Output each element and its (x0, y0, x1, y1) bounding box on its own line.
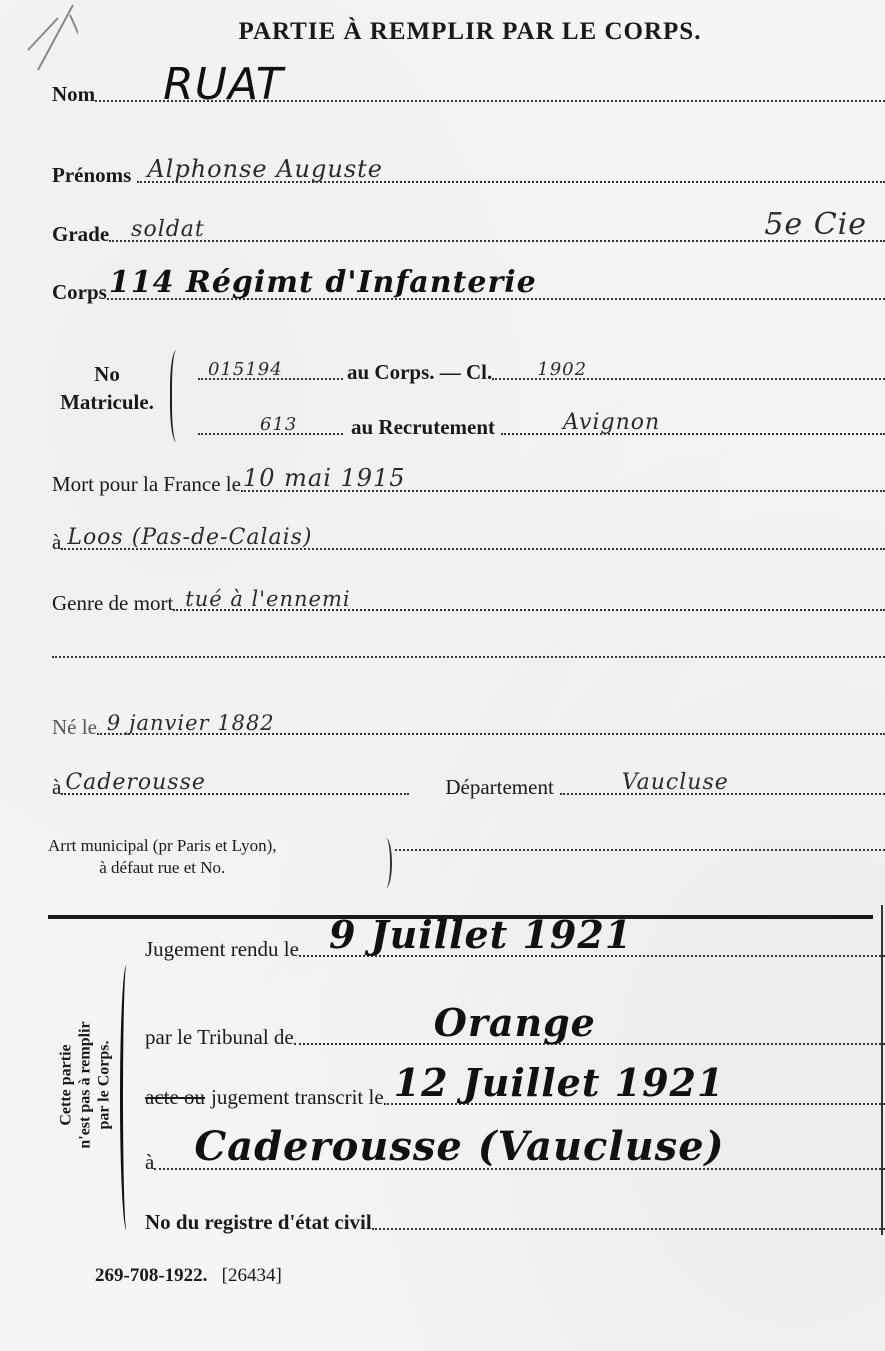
recrutement-place: Avignon (563, 410, 660, 435)
transcrit-value: 12 Juillet 1921 (394, 1060, 725, 1105)
ne-le-value: 9 janvier 1882 (107, 711, 275, 735)
death-record-card: PARTIE À REMPLIR PAR LE CORPS. Nom RUAT … (0, 0, 885, 1351)
genre-mort-label: Genre de mort (52, 591, 173, 616)
classe-value: 1902 (537, 359, 587, 380)
prenoms-value: Alphonse Auguste (147, 155, 383, 183)
transcrit-label: jugement transcrit le (211, 1085, 384, 1110)
matricule-label: No Matricule. (48, 360, 166, 416)
prenoms-label: Prénoms (52, 163, 131, 188)
field-transcrit: acte ou jugement transcrit le 12 Juillet… (145, 1085, 885, 1110)
registre-label: No du registre d'état civil (145, 1210, 372, 1235)
recrutement-number: 613 (260, 414, 297, 435)
field-lieu-transcription: à Caderousse (Vaucluse) (145, 1150, 885, 1175)
field-genre-mort: Genre de mort tué à l'ennemi (52, 591, 885, 616)
registre-value (372, 1227, 885, 1230)
tribunal-value: Orange (434, 1000, 596, 1045)
lieu-mort-value: Loos (Pas-de-Calais) (67, 525, 312, 550)
field-ne-le: Né le 9 janvier 1882 (52, 715, 885, 740)
field-matricule-recrutement: 613 au Recrutement Avignon (198, 415, 885, 440)
transcrit-struck-label: acte ou (145, 1085, 205, 1110)
matricule-corps-number: 015194 (208, 359, 283, 380)
mort-date: 10 mai 1915 (243, 464, 406, 492)
side-brace (120, 965, 133, 1230)
corps-label: Corps (52, 280, 107, 305)
mort-label: Mort pour la France le (52, 472, 241, 497)
arrondissement-value (395, 848, 885, 851)
grade-label: Grade (52, 222, 109, 247)
arrondissement-brace (380, 838, 392, 888)
field-arrondissement (395, 848, 885, 856)
field-nom: Nom RUAT (52, 82, 885, 107)
departement-value: Vaucluse (622, 770, 729, 795)
lieu-transcription-value: Caderousse (Vaucluse) (194, 1123, 724, 1170)
field-tribunal: par le Tribunal de Orange (145, 1025, 885, 1050)
arrondissement-label: Arrt municipal (pr Paris et Lyon), à déf… (48, 835, 277, 879)
field-prenoms: Prénoms Alphonse Auguste (52, 163, 885, 188)
field-lieu-naissance: à Caderousse Département Vaucluse (52, 775, 885, 800)
departement-label: Département (445, 775, 553, 800)
print-code: 269-708-1922. (95, 1265, 207, 1286)
jugement-value: 9 Juillet 1921 (329, 912, 632, 957)
field-blank-line (52, 655, 885, 663)
jugement-label: Jugement rendu le (145, 937, 299, 962)
field-lieu-mort: à Loos (Pas-de-Calais) (52, 530, 885, 555)
recrutement-label: au Recrutement (351, 415, 495, 440)
nom-label: Nom (52, 82, 95, 107)
field-grade: Grade soldat 5e Cie (52, 222, 885, 247)
field-jugement: Jugement rendu le 9 Juillet 1921 (145, 937, 885, 962)
form-title: PARTIE À REMPLIR PAR LE CORPS. (0, 18, 885, 46)
grade-value: soldat (131, 217, 205, 242)
field-mort: Mort pour la France le 10 mai 1915 (52, 472, 885, 497)
lieu-transcription-label: à (145, 1150, 154, 1175)
nom-value: RUAT (163, 59, 284, 110)
print-ref: [26434] (222, 1265, 282, 1286)
lieu-naissance-value: Caderousse (65, 770, 206, 795)
matricule-corps-label: au Corps. — Cl. (347, 360, 492, 385)
matricule-brace (170, 350, 186, 442)
field-registre: No du registre d'état civil (145, 1210, 885, 1235)
lieu-naissance-label: à (52, 775, 61, 800)
tribunal-label: par le Tribunal de (145, 1025, 294, 1050)
print-reference: 269-708-1922. [26434] (95, 1265, 282, 1287)
field-matricule-corps: 015194 au Corps. — Cl. 1902 (198, 360, 885, 385)
lieu-mort-label: à (52, 530, 61, 555)
company-value: 5e Cie (764, 207, 867, 242)
ne-le-label: Né le (52, 715, 97, 740)
genre-mort-value: tué à l'ennemi (185, 587, 350, 611)
field-corps: Corps 114 Régimt d'Infanterie (52, 280, 885, 305)
corps-value: 114 Régimt d'Infanterie (109, 265, 537, 300)
